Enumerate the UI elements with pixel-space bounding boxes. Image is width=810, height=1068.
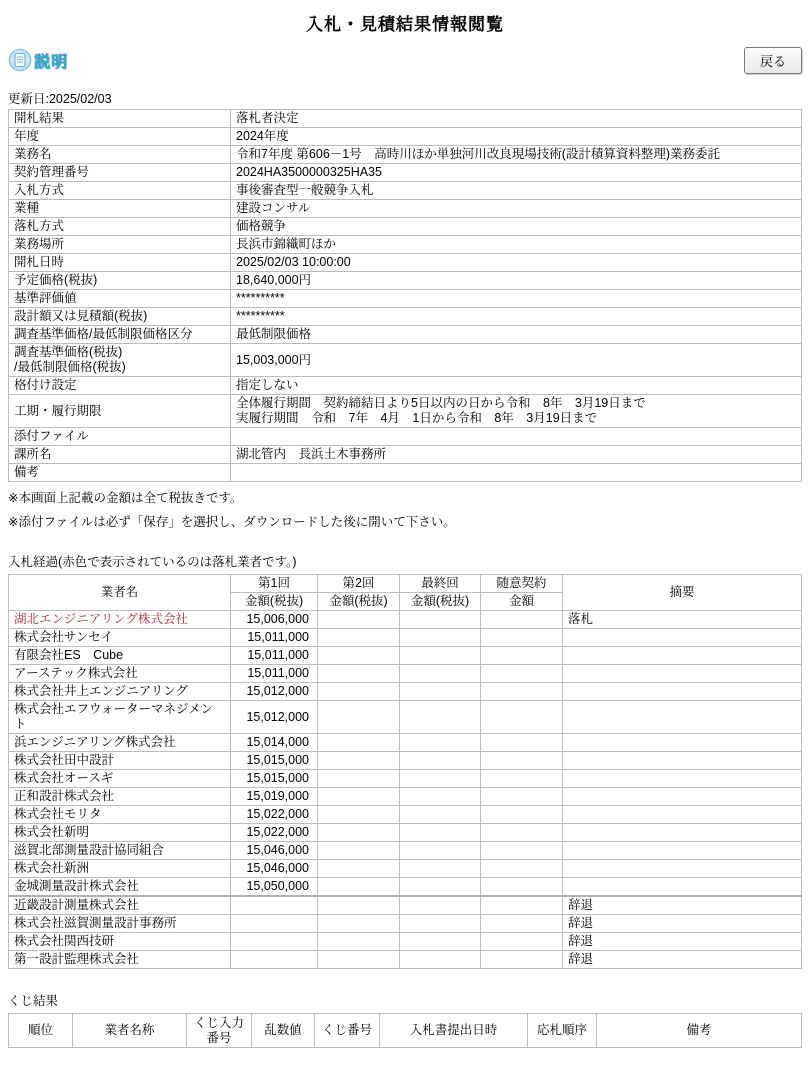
info-row-label: 業務名 xyxy=(9,146,231,164)
info-row-label: 年度 xyxy=(9,128,231,146)
round1-amount: 15,014,000 xyxy=(231,734,318,752)
col-header-negotiated-amount: 金額 xyxy=(481,593,563,611)
bidder-row: 滋賀北部測量設計協同組合15,046,000 xyxy=(9,842,802,860)
bidder-name: 株式会社モリタ xyxy=(9,806,231,824)
final-round-amount xyxy=(400,647,481,665)
info-row: 契約管理番号2024HA3500000325HA35 xyxy=(9,164,802,182)
round2-amount xyxy=(318,701,400,734)
negotiated-amount xyxy=(481,788,563,806)
bidder-row: 有限会社ES Cube15,011,000 xyxy=(9,647,802,665)
round2-amount xyxy=(318,896,400,915)
document-icon xyxy=(8,48,32,72)
info-row-value: ********** xyxy=(231,290,802,308)
final-round-amount xyxy=(400,878,481,897)
round2-amount xyxy=(318,734,400,752)
info-row-value xyxy=(231,464,802,482)
bidder-name: 湖北エンジニアリング株式会社 xyxy=(9,611,231,629)
bidder-name: 株式会社新洲 xyxy=(9,860,231,878)
info-row-label: 予定価格(税抜) xyxy=(9,272,231,290)
summary-note: 落札 xyxy=(563,611,802,629)
summary-note xyxy=(563,665,802,683)
bidder-name: 株式会社井上エンジニアリング xyxy=(9,683,231,701)
round1-amount: 15,012,000 xyxy=(231,683,318,701)
col-header-final-amount: 金額(税抜) xyxy=(400,593,481,611)
info-row-value: 事後審査型一般競争入札 xyxy=(231,182,802,200)
summary-note xyxy=(563,647,802,665)
summary-note xyxy=(563,788,802,806)
info-row-value: 2025/02/03 10:00:00 xyxy=(231,254,802,272)
bidder-name: 金城測量設計株式会社 xyxy=(9,878,231,897)
round2-amount xyxy=(318,842,400,860)
round2-amount xyxy=(318,933,400,951)
round2-amount xyxy=(318,665,400,683)
top-bar: 説明 戻る xyxy=(8,45,802,75)
info-row: 工期・履行期限全体履行期間 契約締結日より5日以内の日から令和 8年 3月19日… xyxy=(9,395,802,428)
round1-amount: 15,011,000 xyxy=(231,647,318,665)
round1-amount: 15,011,000 xyxy=(231,629,318,647)
info-row-value: 指定しない xyxy=(231,377,802,395)
summary-note xyxy=(563,752,802,770)
info-row-label: 備考 xyxy=(9,464,231,482)
summary-note xyxy=(563,824,802,842)
col-header-round1-amount: 金額(税抜) xyxy=(231,593,318,611)
round1-amount: 15,046,000 xyxy=(231,842,318,860)
final-round-amount xyxy=(400,896,481,915)
info-row-label: 添付ファイル xyxy=(9,428,231,446)
info-row: 格付け設定指定しない xyxy=(9,377,802,395)
col-header-final: 最終回 xyxy=(400,575,481,593)
info-row-label: 設計額又は見積額(税抜) xyxy=(9,308,231,326)
round1-amount: 15,022,000 xyxy=(231,824,318,842)
summary-note xyxy=(563,806,802,824)
bidder-name: 株式会社関西技研 xyxy=(9,933,231,951)
round2-amount xyxy=(318,915,400,933)
bidder-name: アーステック株式会社 xyxy=(9,665,231,683)
info-row: 業務名令和7年度 第606－1号 高時川ほか単独河川改良現場技術(設計積算資料整… xyxy=(9,146,802,164)
final-round-amount xyxy=(400,701,481,734)
final-round-amount xyxy=(400,770,481,788)
kuji-header-submit-datetime: 入札書提出日時 xyxy=(380,1014,528,1048)
bidder-row: 株式会社新明15,022,000 xyxy=(9,824,802,842)
round1-amount: 15,046,000 xyxy=(231,860,318,878)
col-header-bidder: 業者名 xyxy=(9,575,231,611)
info-row: 基準評価値********** xyxy=(9,290,802,308)
info-row-label: 調査基準価格(税抜) /最低制限価格(税抜) xyxy=(9,344,231,377)
description-button[interactable]: 説明 xyxy=(8,48,68,72)
bidder-row: アーステック株式会社15,011,000 xyxy=(9,665,802,683)
summary-note xyxy=(563,734,802,752)
info-row: 年度2024年度 xyxy=(9,128,802,146)
info-row: 予定価格(税抜)18,640,000円 xyxy=(9,272,802,290)
kuji-header-bid-order: 応札順序 xyxy=(528,1014,597,1048)
summary-note: 辞退 xyxy=(563,933,802,951)
negotiated-amount xyxy=(481,611,563,629)
bidder-row: 近畿設計測量株式会社 辞退 xyxy=(9,896,802,915)
summary-note: 辞退 xyxy=(563,896,802,915)
kuji-header-random-value: 乱数値 xyxy=(252,1014,315,1048)
info-row-label: 基準評価値 xyxy=(9,290,231,308)
final-round-amount xyxy=(400,665,481,683)
info-row: 業種建設コンサル xyxy=(9,200,802,218)
bidder-name: 第一設計監理株式会社 xyxy=(9,951,231,969)
summary-note xyxy=(563,878,802,897)
round1-amount: 15,050,000 xyxy=(231,878,318,897)
info-row-value: 落札者決定 xyxy=(231,110,802,128)
negotiated-amount xyxy=(481,734,563,752)
round1-amount: 15,006,000 xyxy=(231,611,318,629)
negotiated-amount xyxy=(481,915,563,933)
col-header-negotiated: 随意契約 xyxy=(481,575,563,593)
round2-amount xyxy=(318,824,400,842)
round1-amount: 15,022,000 xyxy=(231,806,318,824)
negotiated-amount xyxy=(481,629,563,647)
negotiated-amount xyxy=(481,824,563,842)
info-row: 調査基準価格(税抜) /最低制限価格(税抜)15,003,000円 xyxy=(9,344,802,377)
info-row: 開札結果落札者決定 xyxy=(9,110,802,128)
info-row-label: 課所名 xyxy=(9,446,231,464)
bid-history-table: 業者名 第1回 第2回 最終回 随意契約 摘要 金額(税抜) 金額(税抜) 金額… xyxy=(8,574,802,969)
bidder-row: 株式会社オースギ15,015,000 xyxy=(9,770,802,788)
bidder-name: 正和設計株式会社 xyxy=(9,788,231,806)
info-row-value: ********** xyxy=(231,308,802,326)
negotiated-amount xyxy=(481,878,563,897)
round2-amount xyxy=(318,647,400,665)
info-row-value: 長浜市錦織町ほか xyxy=(231,236,802,254)
info-row-value xyxy=(231,428,802,446)
round2-amount xyxy=(318,611,400,629)
info-row-label: 調査基準価格/最低制限価格区分 xyxy=(9,326,231,344)
bidder-row: 株式会社関西技研 辞退 xyxy=(9,933,802,951)
info-row-label: 開札結果 xyxy=(9,110,231,128)
negotiated-amount xyxy=(481,842,563,860)
round1-amount: 15,011,000 xyxy=(231,665,318,683)
round2-amount xyxy=(318,770,400,788)
info-row-label: 入札方式 xyxy=(9,182,231,200)
round2-amount xyxy=(318,683,400,701)
info-row: 開札日時2025/02/03 10:00:00 xyxy=(9,254,802,272)
final-round-amount xyxy=(400,611,481,629)
round1-amount: 15,015,000 xyxy=(231,770,318,788)
bidder-row: 株式会社新洲15,046,000 xyxy=(9,860,802,878)
bidder-row: 株式会社田中設計15,015,000 xyxy=(9,752,802,770)
description-button-label: 説明 xyxy=(34,49,68,72)
negotiated-amount xyxy=(481,860,563,878)
info-row-value: 令和7年度 第606－1号 高時川ほか単独河川改良現場技術(設計積算資料整理)業… xyxy=(231,146,802,164)
page: 入札・見積結果情報閲覧 説明 戻る 更新日:2025/02/03 開札結果落札者… xyxy=(0,0,810,1068)
info-row-label: 契約管理番号 xyxy=(9,164,231,182)
info-row-value: 全体履行期間 契約締結日より5日以内の日から令和 8年 3月19日まで 実履行期… xyxy=(231,395,802,428)
bidder-name: 株式会社オースギ xyxy=(9,770,231,788)
bidder-row: 株式会社エフウォーターマネジメント15,012,000 xyxy=(9,701,802,734)
final-round-amount xyxy=(400,752,481,770)
col-header-summary: 摘要 xyxy=(563,575,802,611)
kuji-header-entry-number: くじ入力番号 xyxy=(187,1014,252,1048)
final-round-amount xyxy=(400,683,481,701)
bidder-row: 株式会社滋賀測量設計事務所 辞退 xyxy=(9,915,802,933)
round1-amount: 15,015,000 xyxy=(231,752,318,770)
negotiated-amount xyxy=(481,683,563,701)
info-row: 設計額又は見積額(税抜)********** xyxy=(9,308,802,326)
round1-amount: 15,012,000 xyxy=(231,701,318,734)
note-attachment: ※添付ファイルは必ず「保存」を選択し、ダウンロードした後に開いて下さい。 xyxy=(8,512,802,530)
final-round-amount xyxy=(400,629,481,647)
col-header-round1: 第1回 xyxy=(231,575,318,593)
negotiated-amount xyxy=(481,896,563,915)
round2-amount xyxy=(318,629,400,647)
final-round-amount xyxy=(400,842,481,860)
final-round-amount xyxy=(400,951,481,969)
bid-info-table: 開札結果落札者決定年度2024年度業務名令和7年度 第606－1号 高時川ほか単… xyxy=(8,109,802,482)
info-row-value: 2024年度 xyxy=(231,128,802,146)
summary-note xyxy=(563,860,802,878)
col-header-round2: 第2回 xyxy=(318,575,400,593)
bidder-name: 滋賀北部測量設計協同組合 xyxy=(9,842,231,860)
bidder-row: 正和設計株式会社15,019,000 xyxy=(9,788,802,806)
col-header-round2-amount: 金額(税抜) xyxy=(318,593,400,611)
bidder-row: 株式会社モリタ15,022,000 xyxy=(9,806,802,824)
bidder-name: 株式会社田中設計 xyxy=(9,752,231,770)
negotiated-amount xyxy=(481,806,563,824)
kuji-header-rank: 順位 xyxy=(9,1014,73,1048)
final-round-amount xyxy=(400,806,481,824)
info-row: 添付ファイル xyxy=(9,428,802,446)
lottery-result-heading: くじ結果 xyxy=(8,991,802,1009)
summary-note xyxy=(563,701,802,734)
negotiated-amount xyxy=(481,647,563,665)
info-row: 業務場所長浜市錦織町ほか xyxy=(9,236,802,254)
bidder-row: 湖北エンジニアリング株式会社15,006,000 落札 xyxy=(9,611,802,629)
info-row-label: 開札日時 xyxy=(9,254,231,272)
summary-note: 辞退 xyxy=(563,951,802,969)
info-row-value: 最低制限価格 xyxy=(231,326,802,344)
info-row: 調査基準価格/最低制限価格区分最低制限価格 xyxy=(9,326,802,344)
kuji-header-remarks: 備考 xyxy=(597,1014,802,1048)
kuji-header-lot-number: くじ番号 xyxy=(315,1014,380,1048)
bidder-row: 株式会社井上エンジニアリング15,012,000 xyxy=(9,683,802,701)
summary-note xyxy=(563,770,802,788)
negotiated-amount xyxy=(481,701,563,734)
round1-amount: 15,019,000 xyxy=(231,788,318,806)
final-round-amount xyxy=(400,824,481,842)
negotiated-amount xyxy=(481,752,563,770)
info-row: 備考 xyxy=(9,464,802,482)
bidder-row: 第一設計監理株式会社 辞退 xyxy=(9,951,802,969)
final-round-amount xyxy=(400,788,481,806)
summary-note: 辞退 xyxy=(563,915,802,933)
final-round-amount xyxy=(400,734,481,752)
round1-amount xyxy=(231,951,318,969)
lottery-result-table: 順位 業者名称 くじ入力番号 乱数値 くじ番号 入札書提出日時 応札順序 備考 xyxy=(8,1013,802,1048)
info-row-label: 落札方式 xyxy=(9,218,231,236)
info-row: 入札方式事後審査型一般競争入札 xyxy=(9,182,802,200)
info-row-value: 建設コンサル xyxy=(231,200,802,218)
info-row: 落札方式価格競争 xyxy=(9,218,802,236)
info-row-label: 業務場所 xyxy=(9,236,231,254)
info-row: 課所名湖北管内 長浜土木事務所 xyxy=(9,446,802,464)
info-row-value: 2024HA3500000325HA35 xyxy=(231,164,802,182)
bidder-name: 有限会社ES Cube xyxy=(9,647,231,665)
final-round-amount xyxy=(400,915,481,933)
summary-note xyxy=(563,629,802,647)
negotiated-amount xyxy=(481,951,563,969)
kuji-header-bidder: 業者名称 xyxy=(73,1014,187,1048)
final-round-amount xyxy=(400,933,481,951)
info-row-value: 18,640,000円 xyxy=(231,272,802,290)
summary-note xyxy=(563,683,802,701)
info-row-label: 格付け設定 xyxy=(9,377,231,395)
bidder-name: 浜エンジニアリング株式会社 xyxy=(9,734,231,752)
round1-amount xyxy=(231,933,318,951)
negotiated-amount xyxy=(481,770,563,788)
round2-amount xyxy=(318,860,400,878)
info-row-value: 15,003,000円 xyxy=(231,344,802,377)
bidder-name: 株式会社サンセイ xyxy=(9,629,231,647)
back-button[interactable]: 戻る xyxy=(744,47,802,74)
summary-note xyxy=(563,842,802,860)
round1-amount xyxy=(231,896,318,915)
bidder-row: 株式会社サンセイ15,011,000 xyxy=(9,629,802,647)
updated-date: 更新日:2025/02/03 xyxy=(8,89,802,107)
round2-amount xyxy=(318,788,400,806)
negotiated-amount xyxy=(481,665,563,683)
bidder-row: 浜エンジニアリング株式会社15,014,000 xyxy=(9,734,802,752)
info-row-label: 業種 xyxy=(9,200,231,218)
bidder-name: 株式会社新明 xyxy=(9,824,231,842)
info-row-value: 価格競争 xyxy=(231,218,802,236)
final-round-amount xyxy=(400,860,481,878)
note-tax: ※本画面上記載の金額は全て税抜きです。 xyxy=(8,488,802,506)
bidder-name: 株式会社エフウォーターマネジメント xyxy=(9,701,231,734)
round2-amount xyxy=(318,806,400,824)
info-row-value: 湖北管内 長浜土木事務所 xyxy=(231,446,802,464)
bid-history-heading: 入札経過(赤色で表示されているのは落札業者です。) xyxy=(8,552,802,570)
info-row-label: 工期・履行期限 xyxy=(9,395,231,428)
round2-amount xyxy=(318,878,400,897)
bidder-name: 株式会社滋賀測量設計事務所 xyxy=(9,915,231,933)
negotiated-amount xyxy=(481,933,563,951)
round1-amount xyxy=(231,915,318,933)
page-title: 入札・見積結果情報閲覧 xyxy=(8,10,802,35)
round2-amount xyxy=(318,752,400,770)
round2-amount xyxy=(318,951,400,969)
bidder-name: 近畿設計測量株式会社 xyxy=(9,896,231,915)
bidder-row: 金城測量設計株式会社15,050,000 xyxy=(9,878,802,897)
